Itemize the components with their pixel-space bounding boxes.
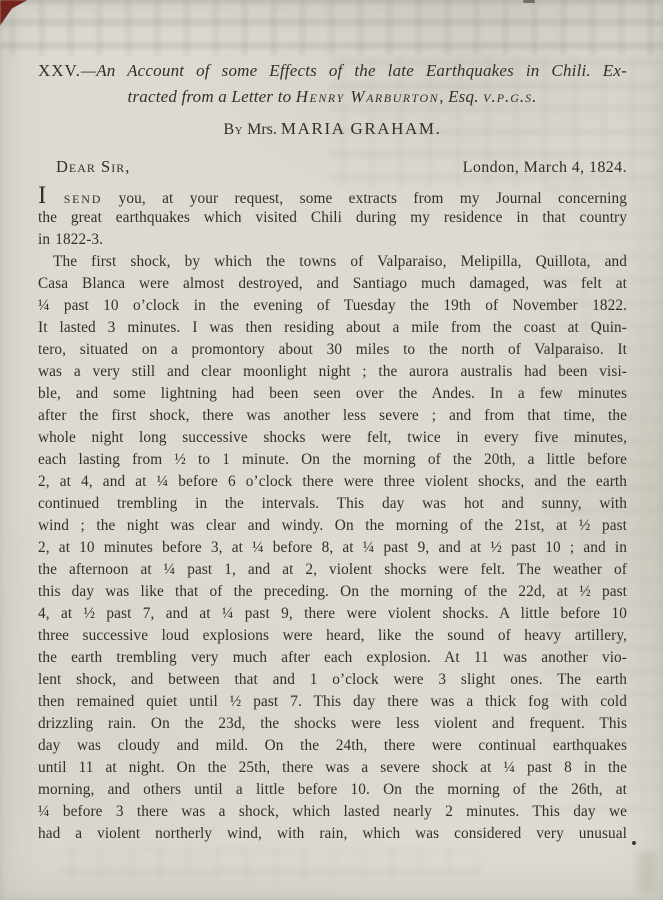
opening-paragraph-lines: the great earthquakes which visited Chil… <box>38 207 627 251</box>
text-line: tero, situated on a promontory about 30 … <box>38 339 627 361</box>
text-line: the earth trembling very much after each… <box>38 647 627 669</box>
salutation-row: Dear Sir, London, March 4, 1824. <box>38 155 627 179</box>
article-number: XXV. <box>38 61 81 80</box>
body-text: I send you, at your request, some extrac… <box>38 185 627 845</box>
bleedthrough-texture-top <box>0 0 663 56</box>
scanned-page: XXV.—An Account of some Effects of the l… <box>0 0 663 900</box>
bleedthrough-texture-bottom <box>60 848 480 882</box>
article-title-text: —An Account of some Effects of the late … <box>81 61 591 80</box>
text-line: ble, and some lightning had been seen ov… <box>38 383 627 405</box>
text-line: It lasted 3 minutes. I was then residing… <box>38 317 627 339</box>
article-title-line2: tracted from a Letter to Henry Warburton… <box>38 84 627 110</box>
text-line: 4, at ½ past 7, and at ¼ past 9, there w… <box>38 603 627 625</box>
text-line: day was cloudy and mild. On the 24th, th… <box>38 735 627 757</box>
byline-prefix: Mrs. <box>247 121 281 138</box>
text-line: wind ; the night was clear and windy. On… <box>38 515 627 537</box>
text-line: three successive loud explosions were he… <box>38 625 627 647</box>
text-line: ¼ before 3 there was a shock, which last… <box>38 801 627 823</box>
opening-first-word: send <box>64 188 103 207</box>
byline-by: By <box>224 121 244 138</box>
text-line: 2, at 4, and at ¼ before 6 o’clock there… <box>38 471 627 493</box>
text-line: The first shock, by which the towns of V… <box>38 251 627 273</box>
text-line: the great earthquakes which visited Chil… <box>38 207 627 229</box>
text-line: each lasting from ½ to 1 minute. On the … <box>38 449 627 471</box>
ink-speck-bottom-right <box>632 841 636 845</box>
red-corner-mark <box>0 0 30 32</box>
article: XXV.—An Account of some Effects of the l… <box>38 58 627 845</box>
text-line: then remained quiet until ½ past 7. This… <box>38 691 627 713</box>
opening-line-rest: you, at your request, some extracts from… <box>119 190 627 207</box>
text-line: this day was like that of the preceding.… <box>38 581 627 603</box>
opening-line: I send you, at your request, some extrac… <box>38 185 627 207</box>
article-title-carry: Ex- <box>603 61 627 80</box>
ink-speck-top <box>523 0 535 3</box>
text-line: continued trembling in the intervals. Th… <box>38 493 627 515</box>
text-line: 2, at 10 minutes before 3, at ¼ before 8… <box>38 537 627 559</box>
text-line: drizzling rain. On the 23d, the shocks w… <box>38 713 627 735</box>
text-line: until 11 at night. On the 25th, there wa… <box>38 757 627 779</box>
stain-bottom-right <box>638 852 656 892</box>
article-title-line1: XXV.—An Account of some Effects of the l… <box>38 58 627 84</box>
article-title-line2-mid: , Esq. <box>439 87 483 106</box>
text-line: ¼ past 10 o’clock in the evening of Tues… <box>38 295 627 317</box>
text-line: Casa Blanca were almost destroyed, and S… <box>38 273 627 295</box>
text-line: the afternoon at ¼ past 1, and at 2, vio… <box>38 559 627 581</box>
byline: By Mrs. MARIA GRAHAM. <box>38 116 627 142</box>
recipient-name: Henry Warburton <box>296 87 439 106</box>
recipient-postnominal: v.p.g.s. <box>483 87 537 106</box>
text-line: lent shock, and between that and 1 o’clo… <box>38 669 627 691</box>
text-line: in 1822-3. <box>38 229 627 251</box>
drop-initial: I <box>38 182 47 209</box>
text-line: after the first shock, there was another… <box>38 405 627 427</box>
salutation: Dear Sir, <box>38 155 130 179</box>
text-line: whole night long successive shocks were … <box>38 427 627 449</box>
dateline: London, March 4, 1824. <box>463 156 627 180</box>
article-title-line2-pre: tracted from a Letter to <box>128 87 296 106</box>
author-name: MARIA GRAHAM. <box>281 119 442 138</box>
text-line: was a very still and clear moonlight nig… <box>38 361 627 383</box>
text-line: morning, and others until a little befor… <box>38 779 627 801</box>
text-line: had a violent northerly wind, with rain,… <box>38 823 627 845</box>
second-paragraph-lines: The first shock, by which the towns of V… <box>38 251 627 845</box>
